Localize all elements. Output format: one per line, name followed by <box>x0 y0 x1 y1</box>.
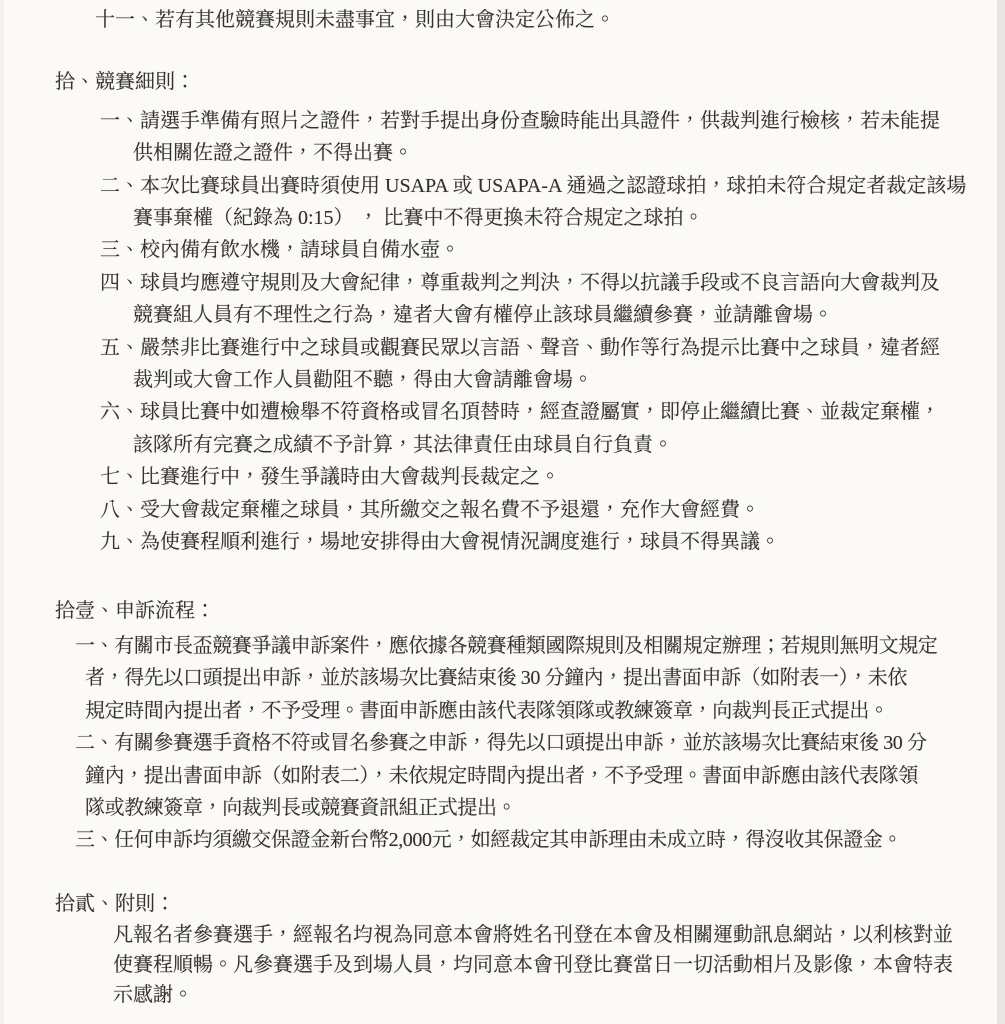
paragraph-line: 示感謝。 <box>113 980 1005 1010</box>
rule-item: 八、受大會裁定棄權之球員，其所繳交之報名費不予退還，充作大會經費。 <box>0 494 1005 526</box>
item-text: 有關市長盃競賽爭議申訴案件，應依據各競賽種類國際規則及相關規定辦理；若規則無明文… <box>114 635 937 657</box>
item-number: 五、 <box>100 337 140 359</box>
item-number: 三、 <box>100 239 140 261</box>
item-number: 二、 <box>100 175 140 197</box>
item-text: 受大會裁定棄權之球員，其所繳交之報名費不予退還，充作大會經費。 <box>140 499 760 521</box>
rule-line: 九、為使賽程順利進行，場地安排得由大會視情況調度進行，球員不得異議。 <box>133 526 1005 558</box>
section-heading: 拾、競賽細則： <box>55 66 1005 98</box>
item-number: 六、 <box>100 401 140 423</box>
section-heading: 拾壹、申訴流程： <box>55 595 1005 627</box>
rule-item: 三、校內備有飲水機，請球員自備水壺。 <box>0 234 1005 266</box>
item-number: 九、 <box>100 531 140 553</box>
rule-line: 十一、若有其他競賽規則未盡事宜，則由大會決定公佈之。 <box>95 4 1005 36</box>
item-number: 八、 <box>100 499 140 521</box>
item-number: 一、 <box>75 635 114 657</box>
item-number: 四、 <box>100 272 140 294</box>
item-text: 校內備有飲水機，請球員自備水壺。 <box>140 239 460 261</box>
rule-line: 該隊所有完賽之成績不予計算，其法律責任由球員自行負責。 <box>133 429 1005 461</box>
item-number: 二、 <box>75 732 114 754</box>
rule-line: 八、受大會裁定棄權之球員，其所繳交之報名費不予退還，充作大會經費。 <box>133 494 1005 526</box>
rule-item: 二、有關參賽選手資格不符或冒名參賽之申訴，得先以口頭提出申訴，並於該場次比賽結束… <box>0 727 1005 824</box>
rule-line: 隊或教練簽章，向裁判長或競賽資訊組正式提出。 <box>85 792 1005 824</box>
rule-item: 七、比賽進行中，發生爭議時由大會裁判長裁定之。 <box>0 461 1005 493</box>
item-text: 任何申訴均須繳交保證金新台幣2,000元，如經裁定其申訴理由未成立時，得沒收其保… <box>114 829 902 851</box>
rule-line: 者，得先以口頭提出申訴，並於該場次比賽結束後 30 分鐘內，提出書面申訴（如附表… <box>85 662 1005 694</box>
rule-line: 裁判或大會工作人員勸阻不聽，得由大會請離會場。 <box>133 364 1005 396</box>
rule-line: 規定時間內提出者，不予受理。書面申訴應由該代表隊領隊或教練簽章，向裁判長正式提出… <box>85 695 1005 727</box>
item-number: 三、 <box>75 829 114 851</box>
item-number: 七、 <box>100 466 140 488</box>
item-text: 若有其他競賽規則未盡事宜，則由大會決定公佈之。 <box>155 9 615 31</box>
item-text: 嚴禁非比賽進行中之球員或觀賽民眾以言語、聲音、動作等行為提示比賽中之球員，違者經 <box>140 337 940 359</box>
rule-line: 六、球員比賽中如遭檢舉不符資格或冒名頂替時，經查證屬實，即停止繼續比賽、並裁定棄… <box>133 396 1005 428</box>
section-supplementary-rules: 拾貳、附則：凡報名者參賽選手，經報名均視為同意本會將姓名刊登在本會及相關運動訊息… <box>0 888 1005 1010</box>
rule-line: 一、有關市長盃競賽爭議申訴案件，應依據各競賽種類國際規則及相關規定辦理；若規則無… <box>85 630 1005 662</box>
rule-item: 四、球員均應遵守規則及大會紀律，尊重裁判之判決，不得以抗議手段或不良言語向大會裁… <box>0 267 1005 332</box>
section-appeal-process: 拾壹、申訴流程：一、有關市長盃競賽爭議申訴案件，應依據各競賽種類國際規則及相關規… <box>0 595 1005 857</box>
item-text: 請選手準備有照片之證件，若對手提出身份查驗時能出具證件，供裁判進行檢核，若未能提 <box>140 110 940 132</box>
item-text: 本次比賽球員出賽時須使用 USAPA 或 USAPA-A 通過之認證球拍，球拍未… <box>140 175 966 197</box>
section-paragraph: 凡報名者參賽選手，經報名均視為同意本會將姓名刊登在本會及相關運動訊息網站，以利核… <box>0 920 1005 1010</box>
scanned-document-page: 十一、若有其他競賽規則未盡事宜，則由大會決定公佈之。 拾、競賽細則：一、請選手準… <box>0 0 1005 1024</box>
rule-line: 七、比賽進行中，發生爭議時由大會裁判長裁定之。 <box>133 461 1005 493</box>
section-competition-details: 拾、競賽細則：一、請選手準備有照片之證件，若對手提出身份查驗時能出具證件，供裁判… <box>0 66 1005 558</box>
rule-line: 鐘內，提出書面申訴（如附表二），未依規定時間內提出者，不予受理。書面申訴應由該代… <box>85 760 1005 792</box>
rule-line: 賽事棄權（紀錄為 0:15） ， 比賽中不得更換未符合規定之球拍。 <box>133 202 1005 234</box>
rule-line: 五、嚴禁非比賽進行中之球員或觀賽民眾以言語、聲音、動作等行為提示比賽中之球員，違… <box>133 332 1005 364</box>
item-text: 為使賽程順利進行，場地安排得由大會視情況調度進行，球員不得異議。 <box>140 531 780 553</box>
rule-line: 供相關佐證之證件，不得出賽。 <box>133 137 1005 169</box>
rule-line: 競賽組人員有不理性之行為，違者大會有權停止該球員繼續參賽，並請離會場。 <box>133 299 1005 331</box>
rule-item: 二、本次比賽球員出賽時須使用 USAPA 或 USAPA-A 通過之認證球拍，球… <box>0 170 1005 235</box>
rule-item-eleven: 十一、若有其他競賽規則未盡事宜，則由大會決定公佈之。 <box>0 4 1005 36</box>
item-number: 一、 <box>100 110 140 132</box>
item-text: 球員比賽中如遭檢舉不符資格或冒名頂替時，經查證屬實，即停止繼續比賽、並裁定棄權， <box>140 401 940 423</box>
rule-item: 一、有關市長盃競賽爭議申訴案件，應依據各競賽種類國際規則及相關規定辦理；若規則無… <box>0 630 1005 727</box>
item-text: 球員均應遵守規則及大會紀律，尊重裁判之判決，不得以抗議手段或不良言語向大會裁判及 <box>140 272 940 294</box>
rule-line: 一、請選手準備有照片之證件，若對手提出身份查驗時能出具證件，供裁判進行檢核，若未… <box>133 105 1005 137</box>
paragraph-line: 凡報名者參賽選手，經報名均視為同意本會將姓名刊登在本會及相關運動訊息網站，以利核… <box>113 920 1005 950</box>
rule-item: 一、請選手準備有照片之證件，若對手提出身份查驗時能出具證件，供裁判進行檢核，若未… <box>0 105 1005 170</box>
rule-item: 九、為使賽程順利進行，場地安排得由大會視情況調度進行，球員不得異議。 <box>0 526 1005 558</box>
item-text: 比賽進行中，發生爭議時由大會裁判長裁定之。 <box>140 466 560 488</box>
section-items: 一、有關市長盃競賽爭議申訴案件，應依據各競賽種類國際規則及相關規定辦理；若規則無… <box>0 630 1005 857</box>
section-items: 一、請選手準備有照片之證件，若對手提出身份查驗時能出具證件，供裁判進行檢核，若未… <box>0 105 1005 559</box>
rule-line: 四、球員均應遵守規則及大會紀律，尊重裁判之判決，不得以抗議手段或不良言語向大會裁… <box>133 267 1005 299</box>
rule-line: 二、有關參賽選手資格不符或冒名參賽之申訴，得先以口頭提出申訴，並於該場次比賽結束… <box>85 727 1005 759</box>
section-heading: 拾貳、附則： <box>55 888 1005 920</box>
rule-item: 五、嚴禁非比賽進行中之球員或觀賽民眾以言語、聲音、動作等行為提示比賽中之球員，違… <box>0 332 1005 397</box>
rule-line: 三、校內備有飲水機，請球員自備水壺。 <box>133 234 1005 266</box>
item-number: 十一、 <box>95 9 155 31</box>
rule-line: 二、本次比賽球員出賽時須使用 USAPA 或 USAPA-A 通過之認證球拍，球… <box>133 170 1005 202</box>
rule-item: 三、任何申訴均須繳交保證金新台幣2,000元，如經裁定其申訴理由未成立時，得沒收… <box>0 824 1005 856</box>
item-text: 有關參賽選手資格不符或冒名參賽之申訴，得先以口頭提出申訴，並於該場次比賽結束後 … <box>114 732 926 754</box>
document-body: 十一、若有其他競賽規則未盡事宜，則由大會決定公佈之。 拾、競賽細則：一、請選手準… <box>0 0 1005 1010</box>
rule-line: 三、任何申訴均須繳交保證金新台幣2,000元，如經裁定其申訴理由未成立時，得沒收… <box>85 824 1005 856</box>
rule-item: 六、球員比賽中如遭檢舉不符資格或冒名頂替時，經查證屬實，即停止繼續比賽、並裁定棄… <box>0 396 1005 461</box>
paragraph-line: 使賽程順暢。凡參賽選手及到場人員，均同意本會刊登比賽當日一切活動相片及影像，本會… <box>113 950 1005 980</box>
